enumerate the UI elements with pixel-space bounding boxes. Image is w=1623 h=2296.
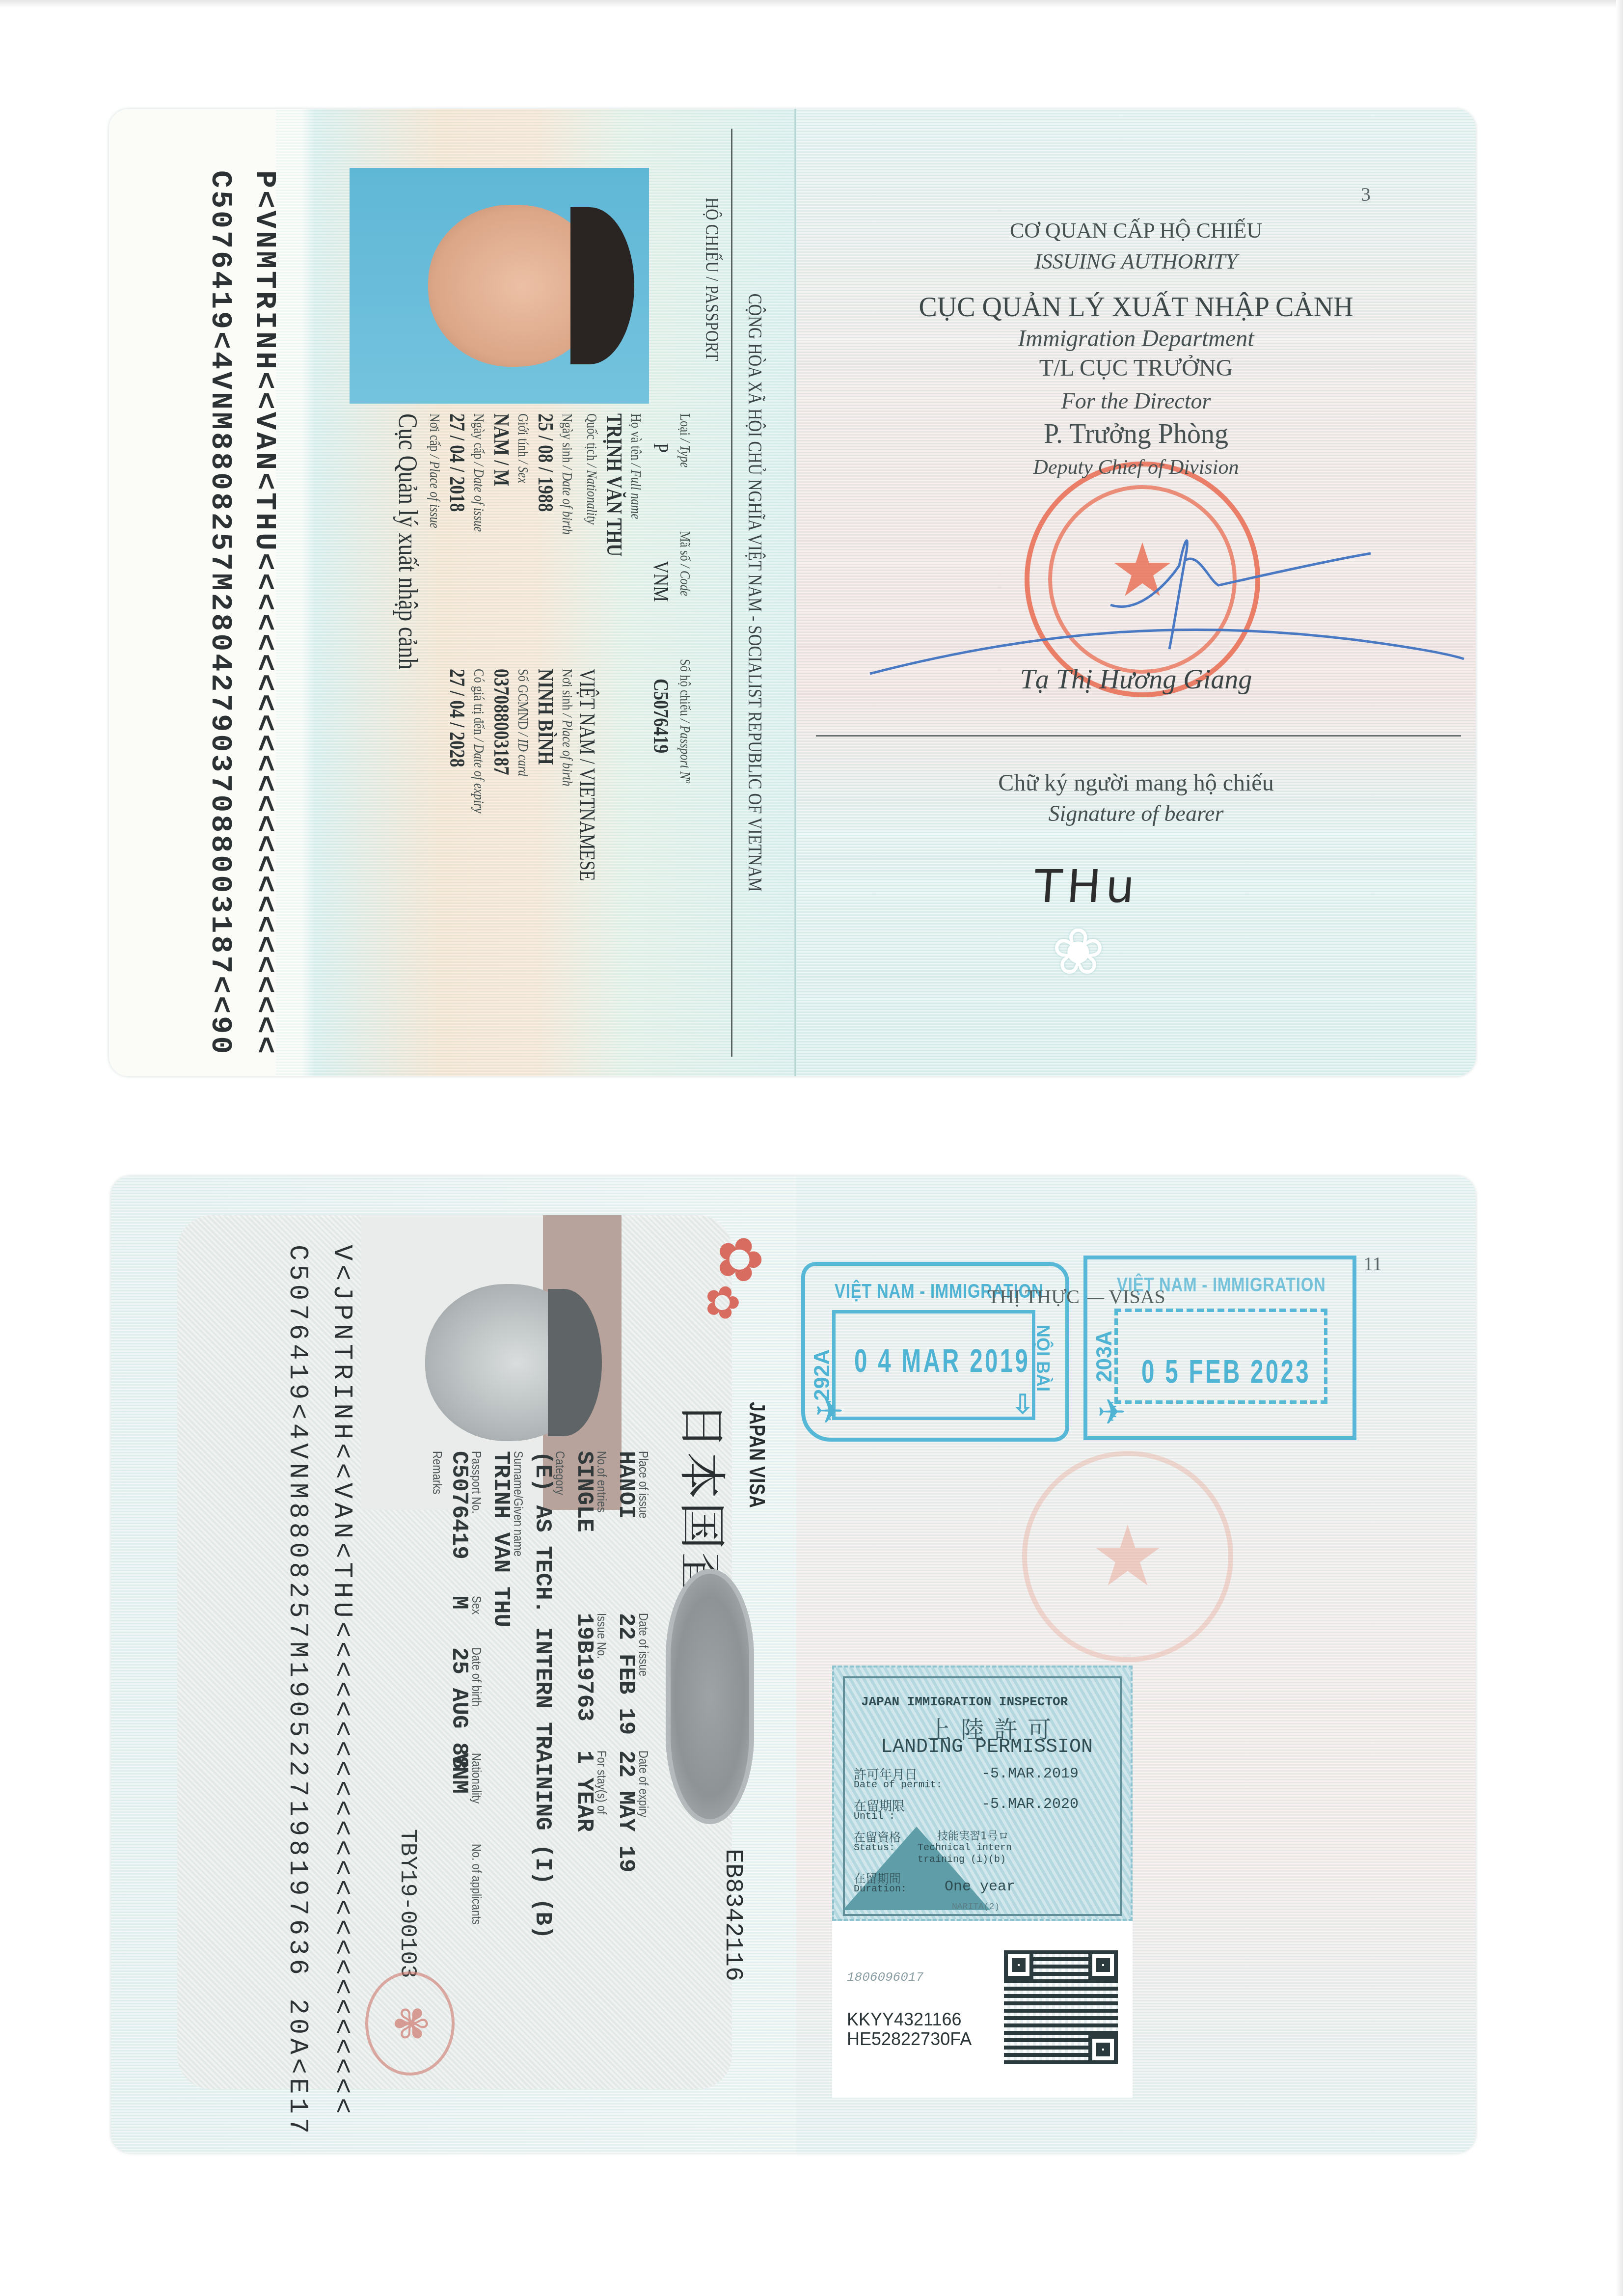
arrow-down-icon: ⇩	[1011, 1389, 1034, 1421]
inspector-header: JAPAN IMMIGRATION INSPECTOR	[861, 1695, 1068, 1709]
date-of-permit-value: -5.MAR.2019	[981, 1766, 1079, 1782]
passport-no-value: C5076419	[446, 1451, 472, 1559]
sticker-serial: 1806096017	[847, 1970, 923, 1985]
dob-value: 25 AUG 88	[446, 1647, 472, 1769]
stamp-port: NỘI BÀI	[1032, 1325, 1053, 1392]
signatory-name: Tạ Thị Hương Giang	[796, 664, 1476, 695]
visa-hologram	[666, 1569, 754, 1824]
bearer-signature-label-vn: Chữ ký người mang hộ chiếu	[796, 769, 1476, 796]
official-signature	[796, 109, 1476, 1076]
duration-label: Duration:	[854, 1884, 907, 1895]
for-stay-value: 1 YEAR	[571, 1750, 597, 1832]
date-of-issue-value: 22 FEB 19	[613, 1613, 639, 1735]
passport-no-label: Số hộ chiếu / Passport Nº	[676, 659, 693, 783]
date-of-issue-label: Ngày cấp / Date of issue	[470, 413, 487, 532]
visa-mrz-line-1: V<JPNTRINH<<VAN<THU<<<<<<<<<<<<<<<<<<<<<…	[326, 1245, 356, 2118]
sex-label: Giới tính / Sex	[514, 413, 531, 483]
remarks-label: Remarks	[430, 1451, 445, 1494]
full-name-value: TRỊNH VĂN THU	[602, 413, 627, 556]
nationality-value: VIỆT NAM / VIETNAMESE	[575, 669, 600, 881]
id-card-value: 037088003187	[489, 669, 514, 775]
landing-title-en: LANDING PERMISSION	[881, 1736, 1093, 1758]
place-of-issue-label: Nơi cấp / Place of issue	[426, 413, 443, 528]
until-value: -5.MAR.2020	[981, 1796, 1079, 1813]
code-value: VNM	[649, 561, 674, 602]
date-of-permit-label: Date of permit:	[854, 1779, 942, 1791]
visa-number: EB8342116	[719, 1849, 747, 1981]
place-of-birth-value: NINH BÌNH	[533, 669, 558, 765]
stamp-title: VIỆT NAM - IMMIGRATION	[1117, 1274, 1326, 1296]
watermark-emblem: ★	[1022, 1451, 1233, 1662]
airplane-departure-icon: ✈	[815, 1391, 844, 1431]
visa-rotated-content: ✿ ✿ JAPAN VISA 日本国査証 EB8342116 Place of …	[111, 1176, 798, 2153]
passport-spread-visa: ✿ ✿ JAPAN VISA 日本国査証 EB8342116 Place of …	[111, 1176, 1476, 2153]
mrz-line-2: C5076419<4VNM8808257M2804279037088003187…	[203, 170, 237, 1056]
type-value: P	[649, 443, 674, 453]
chrysanthemum-emblem-icon: ✾	[384, 2005, 436, 2042]
header-divider	[731, 129, 732, 1057]
visa-mrz-line-2: C5076419<4VNM8808257M1905227198197636 20…	[282, 1245, 312, 2137]
sex-value: NAM / M	[489, 413, 514, 486]
cherry-blossom-icon: ✿	[710, 1235, 769, 1285]
passport-data-page: CỘNG HÒA XÃ HỘI CHỦ NGHĨA VIỆT NAM - SOC…	[109, 109, 796, 1076]
issue-no-value: 19B19763	[571, 1613, 597, 1722]
vn-immigration-stamp-entry: VIỆT NAM - IMMIGRATION 0 5 FEB 2023 203A…	[1083, 1256, 1356, 1440]
scan-right-edge	[1616, 0, 1623, 2296]
sticker-code-1: KKYY4321166	[847, 2009, 962, 2030]
place-of-issue-value: Cục Quản lý xuất nhập cảnh	[393, 413, 423, 669]
airplane-arrival-icon: ✈	[1097, 1392, 1126, 1432]
landing-permission-sticker: JAPAN IMMIGRATION INSPECTOR 上陸許可 LANDING…	[832, 1666, 1133, 2098]
dob-value: 25 / 08 / 1988	[533, 413, 558, 512]
remarks-value: TBY19-00103	[395, 1829, 420, 1978]
nationality-value: VNM	[446, 1753, 472, 1794]
no-of-entries-value: SINGLE	[571, 1451, 597, 1532]
status-value: Technical intern training (i)(b)	[918, 1842, 1055, 1866]
issuing-authority-page: 3 CƠ QUAN CẤP HỘ CHIẾU ISSUING AUTHORITY…	[796, 109, 1476, 1076]
date-of-expiry-label: Có giá trị đến / Date of expiry	[470, 669, 487, 813]
bearer-photo	[350, 168, 649, 404]
port-of-entry: NARITA(2)	[952, 1902, 1000, 1912]
mrz-line-1: P<VNMTRINH<<VAN<THU<<<<<<<<<<<<<<<<<<<<<…	[247, 170, 281, 1056]
name-value: TRINH VAN THU	[488, 1451, 514, 1627]
japan-visa-page: ✿ ✿ JAPAN VISA 日本国査証 EB8342116 Place of …	[111, 1176, 798, 2153]
stamp-code: 203A	[1092, 1331, 1117, 1382]
sticker-code-2: HE52822730FA	[847, 2029, 972, 2050]
star-emblem-icon: ★	[1090, 1508, 1165, 1605]
date-of-issue-value: 27 / 04 / 2018	[445, 413, 470, 512]
passport-no-value: C5076419	[649, 679, 674, 753]
scan-top-edge	[0, 0, 1623, 8]
until-label: Until :	[854, 1811, 895, 1822]
stamp-date: 0 5 FEB 2023	[1141, 1353, 1311, 1390]
country-header: CỘNG HÒA XÃ HỘI CHỦ NGHĨA VIỆT NAM - SOC…	[744, 196, 767, 989]
section-divider	[816, 735, 1461, 737]
passport-spread-data: CỘNG HÒA XÃ HỘI CHỦ NGHĨA VIỆT NAM - SOC…	[109, 109, 1476, 1076]
category-value: (E) AS TECH. INTERN TRAINING (I) (B)	[530, 1451, 555, 1939]
code-label: Mã số / Code	[676, 531, 693, 596]
status-label: Status:	[854, 1842, 895, 1854]
no-of-applicants-label: No. of applicants	[469, 1844, 484, 1925]
qr-code	[1004, 1950, 1118, 2064]
nationality-label: Quốc tịch / Nationality	[583, 413, 600, 524]
lotus-ornament-icon: ❀	[1052, 914, 1105, 989]
bearer-hair	[570, 207, 634, 364]
bearer-signature: THu	[1032, 860, 1141, 913]
id-card-label: Số GCMND / ID card	[514, 669, 531, 776]
full-name-label: Họ và tên / Full name	[627, 413, 644, 519]
status-value-jp: 技能実習1号ロ	[937, 1828, 1009, 1843]
type-label: Loại / Type	[676, 413, 693, 467]
dob-label: Ngày sinh / Date of birth	[559, 413, 575, 535]
embassy-seal: ✾	[365, 1971, 455, 2076]
page-number: 11	[1363, 1252, 1382, 1275]
sex-value: M	[446, 1596, 472, 1610]
duration-value: One year	[945, 1879, 1015, 1895]
document-title: HỘ CHIẾU / PASSPORT	[701, 197, 723, 361]
place-of-birth-label: Nơi sinh / Place of birth	[559, 669, 575, 786]
bearer-signature-label-en: Signature of bearer	[796, 800, 1476, 826]
date-of-expiry-value: 27 / 04 / 2028	[445, 669, 470, 767]
date-of-expiry-value: 22 MAY 19	[613, 1750, 639, 1872]
stamp-date: 0 4 MAR 2019	[854, 1342, 1030, 1379]
place-of-issue-value: HANOI	[613, 1451, 639, 1519]
cherry-blossom-icon: ✿	[700, 1284, 744, 1321]
visa-title: JAPAN VISA	[744, 1402, 769, 1508]
